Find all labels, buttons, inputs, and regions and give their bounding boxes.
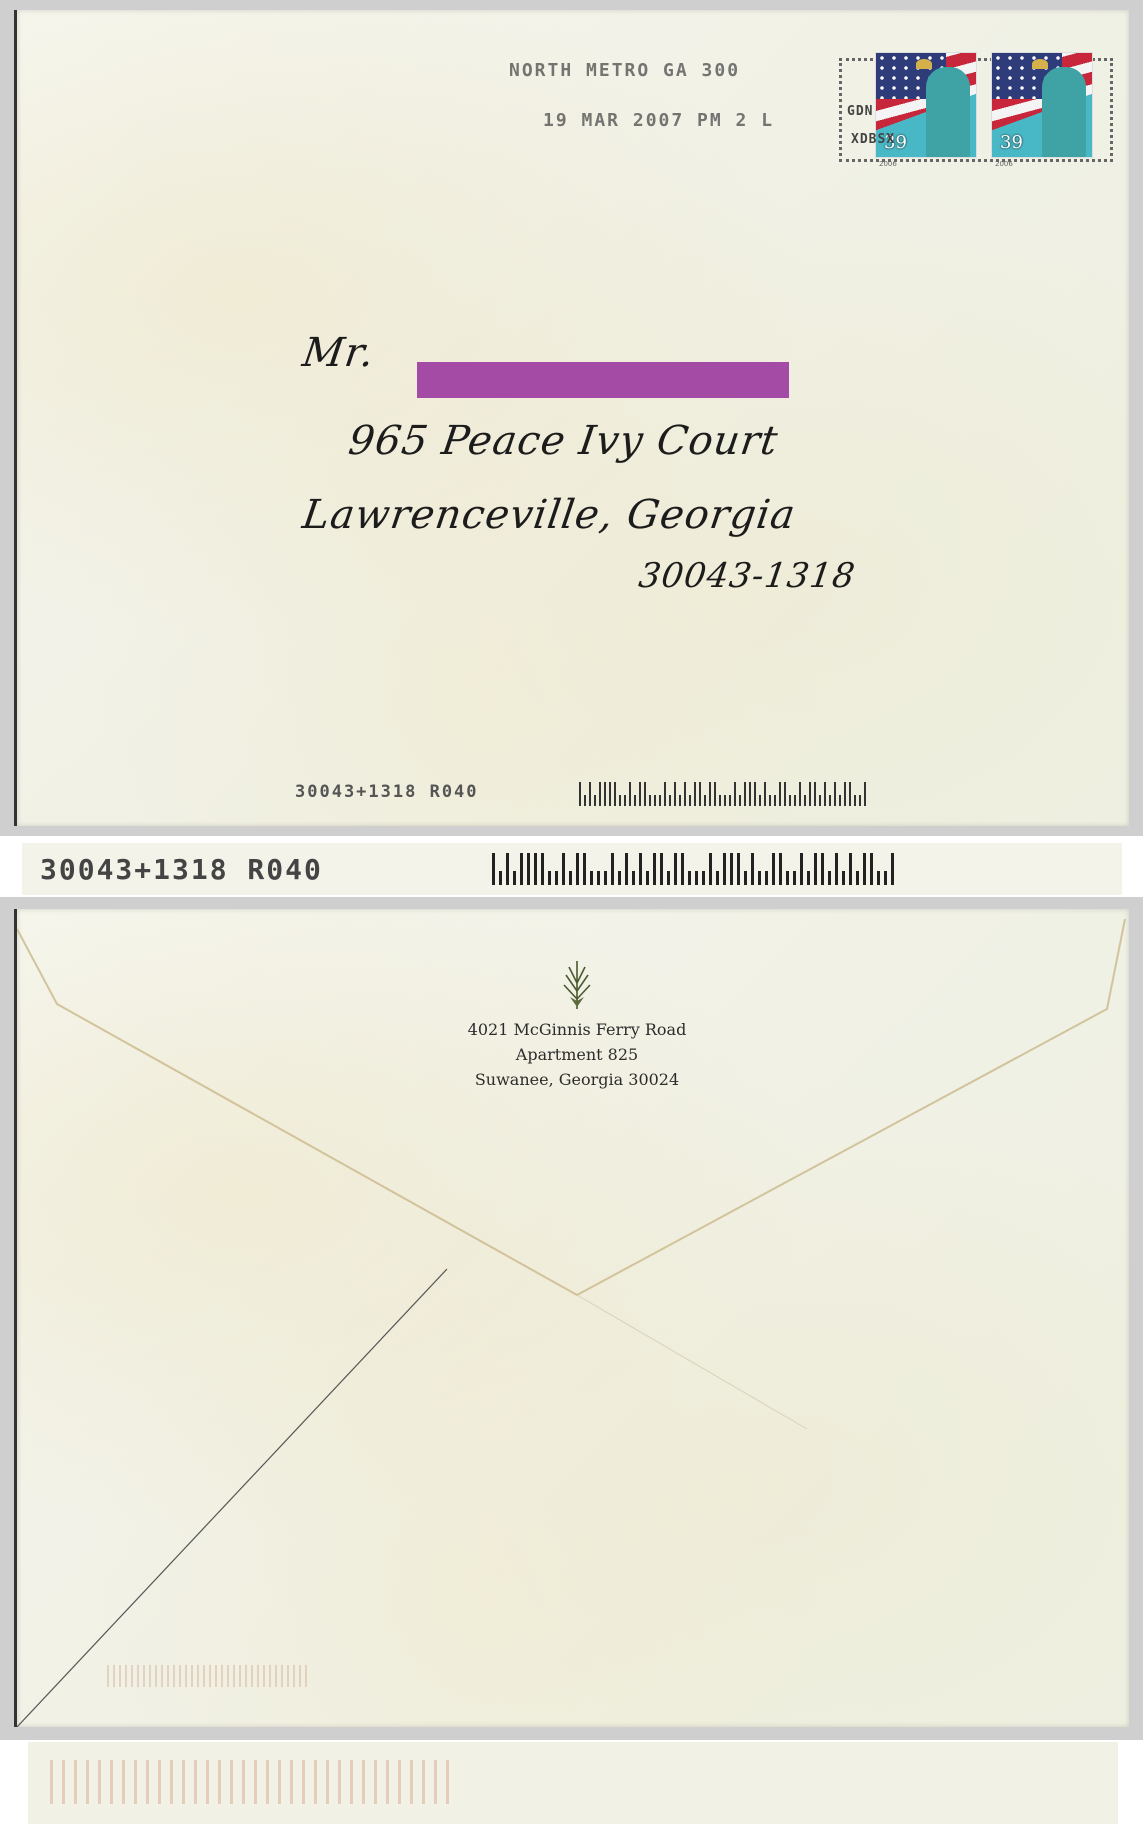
barcode-bar	[125, 1665, 127, 1687]
barcode-bar	[829, 795, 831, 806]
barcode-bar	[131, 1665, 133, 1687]
barcode-bar	[769, 795, 771, 806]
barcode-bar	[779, 782, 781, 806]
barcode-bar	[74, 1760, 77, 1804]
return-address-line2: Apartment 825	[407, 1042, 747, 1067]
barcode-bar	[146, 1760, 149, 1804]
barcode-bar	[674, 853, 677, 885]
barcode-bar	[374, 1760, 377, 1804]
barcode-bar	[744, 871, 747, 885]
barcode-bar	[709, 853, 712, 885]
stamp-denomination: 39	[1000, 132, 1023, 153]
barcode-bar	[891, 853, 894, 885]
barcode-bar	[611, 853, 614, 885]
barcode-bar	[149, 1665, 151, 1687]
barcode-detail-strip: 30043+1318 R040	[22, 843, 1122, 895]
barcode-bar	[350, 1760, 353, 1804]
barcode-bar	[422, 1760, 425, 1804]
barcode-bar	[702, 871, 705, 885]
barcode-bar	[877, 871, 880, 885]
barcode-bar	[287, 1665, 289, 1687]
barcode-bar	[828, 871, 831, 885]
barcode-bar	[597, 871, 600, 885]
routing-code: 30043+1318 R040	[295, 782, 479, 802]
barcode-bar	[155, 1665, 157, 1687]
barcode-bar	[719, 795, 721, 806]
barcode-bar	[257, 1665, 259, 1687]
barcode-bar	[194, 1760, 197, 1804]
cancellation-text: GDN	[847, 104, 873, 119]
barcode-bar	[844, 782, 846, 806]
barcode-bar	[527, 853, 530, 885]
barcode-bar	[492, 853, 495, 885]
barcode-bar	[774, 795, 776, 806]
barcode-bar	[629, 782, 631, 806]
barcode-bar	[856, 871, 859, 885]
barcode-bar	[362, 1760, 365, 1804]
barcode-bar	[589, 782, 591, 806]
redaction-bar	[417, 362, 789, 398]
barcode-bar	[206, 1760, 209, 1804]
barcode-bar	[576, 853, 579, 885]
barcode-bar	[784, 782, 786, 806]
stamp-year: 2006	[995, 160, 1013, 168]
barcode-bar	[245, 1665, 247, 1687]
barcode-bar	[555, 871, 558, 885]
postmark-location: NORTH METRO GA 300	[509, 60, 740, 81]
barcode-bar	[789, 795, 791, 806]
barcode-bar	[137, 1665, 139, 1687]
barcode-bar	[849, 782, 851, 806]
barcode-bar	[506, 853, 509, 885]
barcode-bar	[704, 795, 706, 806]
barcode-bar	[263, 1665, 265, 1687]
barcode-bar	[870, 853, 873, 885]
barcode-bar	[632, 871, 635, 885]
barcode-bar	[584, 795, 586, 806]
barcode-bar	[854, 795, 856, 806]
barcode-bar	[499, 871, 502, 885]
barcode-bar	[839, 795, 841, 806]
barcode-bar	[167, 1665, 169, 1687]
barcode-bar	[681, 853, 684, 885]
barcode-bar	[143, 1665, 145, 1687]
barcode-bar	[599, 782, 601, 806]
barcode-bar	[764, 782, 766, 806]
barcode-bar	[800, 853, 803, 885]
barcode-bar	[884, 871, 887, 885]
barcode-bar	[634, 795, 636, 806]
barcode-bar	[173, 1665, 175, 1687]
barcode-bar	[786, 871, 789, 885]
barcode-bar	[110, 1760, 113, 1804]
stamp-flag-liberty-icon: 39	[991, 52, 1093, 158]
faint-barcode-detail-strip	[28, 1742, 1118, 1824]
barcode-bar	[86, 1760, 89, 1804]
barcode-bar	[835, 853, 838, 885]
barcode-bar	[814, 853, 817, 885]
barcode-bar	[619, 795, 621, 806]
barcode-bar	[667, 871, 670, 885]
barcode-bar	[161, 1665, 163, 1687]
barcode-bar	[758, 871, 761, 885]
barcode-bar	[779, 853, 782, 885]
barcode-bar	[239, 1665, 241, 1687]
barcode-bar	[684, 782, 686, 806]
barcode-bar	[98, 1760, 101, 1804]
barcode-bar	[624, 795, 626, 806]
barcode-bar	[583, 853, 586, 885]
barcode-bar	[716, 871, 719, 885]
barcode-bar	[266, 1760, 269, 1804]
barcode-bar	[824, 782, 826, 806]
barcode-bar	[191, 1665, 193, 1687]
barcode-bar	[590, 871, 593, 885]
barcode-bar	[197, 1665, 199, 1687]
routing-code-enlarged: 30043+1318 R040	[40, 853, 323, 886]
barcode-bar	[794, 795, 796, 806]
postnet-barcode	[579, 782, 866, 806]
barcode-bar	[739, 795, 741, 806]
cancellation-text: XDBSX	[851, 132, 895, 147]
barcode-bar	[804, 795, 806, 806]
barcode-bar	[734, 782, 736, 806]
barcode-bar	[772, 853, 775, 885]
barcode-bar	[807, 871, 810, 885]
recipient-city-state: Lawrenceville, Georgia	[300, 492, 799, 538]
barcode-bar	[669, 795, 671, 806]
barcode-bar	[694, 782, 696, 806]
barcode-bar	[579, 782, 581, 806]
barcode-bar	[62, 1760, 65, 1804]
barcode-bar	[218, 1760, 221, 1804]
barcode-bar	[50, 1760, 53, 1804]
barcode-bar	[215, 1665, 217, 1687]
barcode-bar	[759, 795, 761, 806]
barcode-bar	[398, 1760, 401, 1804]
barcode-bar	[569, 871, 572, 885]
barcode-bar	[203, 1665, 205, 1687]
barcode-bar	[386, 1760, 389, 1804]
postnet-barcode-enlarged	[492, 853, 894, 885]
barcode-bar	[809, 782, 811, 806]
barcode-bar	[534, 853, 537, 885]
barcode-bar	[724, 795, 726, 806]
postmark-date: 19 MAR 2007 PM 2 L	[543, 110, 774, 131]
barcode-bar	[819, 795, 821, 806]
barcode-bar	[625, 853, 628, 885]
barcode-bar	[233, 1665, 235, 1687]
barcode-bar	[659, 795, 661, 806]
barcode-bar	[729, 795, 731, 806]
barcode-bar	[185, 1665, 187, 1687]
barcode-bar	[562, 853, 565, 885]
barcode-bar	[182, 1760, 185, 1804]
back-scan-panel: 4021 McGinnis Ferry Road Apartment 825 S…	[0, 897, 1143, 1740]
stamp-year: 2006	[879, 160, 897, 168]
barcode-bar	[338, 1760, 341, 1804]
barcode-bar	[674, 782, 676, 806]
faint-barcode	[107, 1665, 307, 1687]
envelope-back: 4021 McGinnis Ferry Road Apartment 825 S…	[14, 909, 1129, 1727]
barcode-bar	[158, 1760, 161, 1804]
recipient-name: Mr.	[300, 330, 378, 376]
barcode-bar	[639, 853, 642, 885]
barcode-bar	[251, 1665, 253, 1687]
barcode-bar	[814, 782, 816, 806]
barcode-bar	[751, 853, 754, 885]
barcode-bar	[709, 782, 711, 806]
recipient-street: 965 Peace Ivy Court	[346, 418, 781, 464]
barcode-bar	[654, 795, 656, 806]
barcode-bar	[689, 795, 691, 806]
barcode-bar	[434, 1760, 437, 1804]
barcode-bar	[170, 1760, 173, 1804]
barcode-bar	[609, 782, 611, 806]
barcode-bar	[209, 1665, 211, 1687]
barcode-bar	[749, 782, 751, 806]
barcode-bar	[520, 853, 523, 885]
barcode-bar	[281, 1665, 283, 1687]
barcode-bar	[744, 782, 746, 806]
barcode-bar	[754, 782, 756, 806]
barcode-bar	[107, 1665, 109, 1687]
barcode-bar	[221, 1665, 223, 1687]
barcode-bar	[863, 853, 866, 885]
barcode-bar	[639, 782, 641, 806]
barcode-bar	[179, 1665, 181, 1687]
barcode-bar	[821, 853, 824, 885]
barcode-bar	[699, 782, 701, 806]
faint-barcode-enlarged	[50, 1760, 449, 1804]
barcode-bar	[604, 871, 607, 885]
barcode-bar	[664, 782, 666, 806]
barcode-bar	[305, 1665, 307, 1687]
barcode-bar	[614, 782, 616, 806]
barcode-bar	[254, 1760, 257, 1804]
barcode-bar	[594, 795, 596, 806]
barcode-bar	[293, 1665, 295, 1687]
barcode-bar	[242, 1760, 245, 1804]
recipient-zip: 30043-1318	[636, 556, 858, 596]
postage-stamps: 39 39 2006 2006 GDN XDBSX	[839, 42, 1129, 178]
barcode-bar	[714, 782, 716, 806]
barcode-bar	[649, 795, 651, 806]
barcode-bar	[859, 795, 861, 806]
barcode-bar	[122, 1760, 125, 1804]
barcode-bar	[134, 1760, 137, 1804]
barcode-bar	[548, 871, 551, 885]
barcode-bar	[834, 782, 836, 806]
barcode-bar	[230, 1760, 233, 1804]
barcode-bar	[730, 853, 733, 885]
barcode-bar	[604, 782, 606, 806]
barcode-bar	[688, 871, 691, 885]
barcode-bar	[842, 871, 845, 885]
barcode-bar	[541, 853, 544, 885]
barcode-bar	[695, 871, 698, 885]
barcode-bar	[513, 871, 516, 885]
barcode-bar	[864, 782, 866, 806]
barcode-bar	[653, 853, 656, 885]
barcode-bar	[679, 795, 681, 806]
barcode-bar	[302, 1760, 305, 1804]
barcode-bar	[290, 1760, 293, 1804]
barcode-bar	[737, 853, 740, 885]
barcode-bar	[799, 782, 801, 806]
barcode-bar	[113, 1665, 115, 1687]
barcode-bar	[765, 871, 768, 885]
return-address-line3: Suwanee, Georgia 30024	[407, 1067, 747, 1092]
barcode-bar	[446, 1760, 449, 1804]
envelope-front: NORTH METRO GA 300 19 MAR 2007 PM 2 L 39…	[14, 10, 1129, 826]
barcode-bar	[660, 853, 663, 885]
barcode-bar	[314, 1760, 317, 1804]
barcode-bar	[278, 1760, 281, 1804]
barcode-bar	[646, 871, 649, 885]
barcode-bar	[793, 871, 796, 885]
barcode-bar	[326, 1760, 329, 1804]
barcode-bar	[275, 1665, 277, 1687]
return-address: 4021 McGinnis Ferry Road Apartment 825 S…	[407, 959, 747, 1092]
barcode-bar	[299, 1665, 301, 1687]
barcode-bar	[410, 1760, 413, 1804]
barcode-bar	[644, 782, 646, 806]
barcode-bar	[269, 1665, 271, 1687]
barcode-bar	[723, 853, 726, 885]
barcode-bar	[849, 853, 852, 885]
barcode-bar	[227, 1665, 229, 1687]
sprig-icon	[560, 959, 594, 1011]
barcode-bar	[119, 1665, 121, 1687]
barcode-bar	[618, 871, 621, 885]
return-address-line1: 4021 McGinnis Ferry Road	[407, 1017, 747, 1042]
front-scan-panel: NORTH METRO GA 300 19 MAR 2007 PM 2 L 39…	[0, 0, 1143, 836]
